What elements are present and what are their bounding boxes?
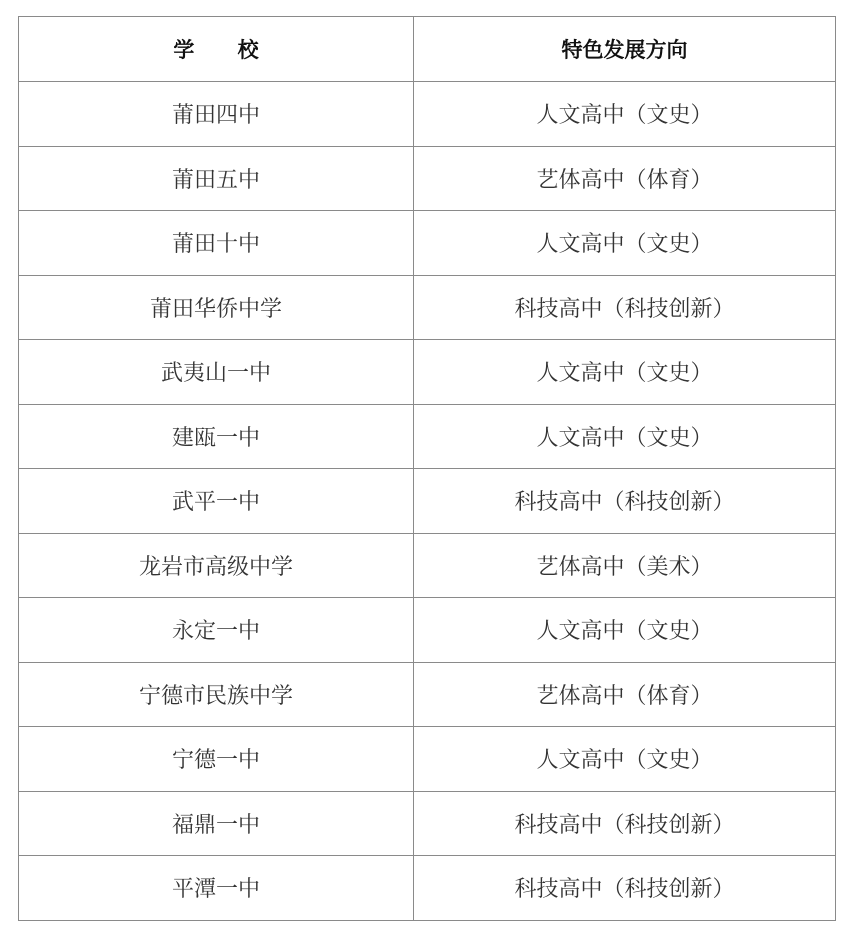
- direction-cell: 科技高中（科技创新）: [414, 275, 836, 340]
- table-row: 莆田五中 艺体高中（体育）: [19, 146, 836, 211]
- direction-cell: 人文高中（文史）: [414, 727, 836, 792]
- header-school: 学 校: [19, 17, 414, 82]
- table-row: 永定一中 人文高中（文史）: [19, 598, 836, 663]
- table-row: 莆田十中 人文高中（文史）: [19, 211, 836, 276]
- header-row: 学 校 特色发展方向: [19, 17, 836, 82]
- school-cell: 永定一中: [19, 598, 414, 663]
- direction-cell: 艺体高中（美术）: [414, 533, 836, 598]
- direction-cell: 艺体高中（体育）: [414, 146, 836, 211]
- table-row: 福鼎一中 科技高中（科技创新）: [19, 791, 836, 856]
- table-row: 宁德一中 人文高中（文史）: [19, 727, 836, 792]
- table-row: 平潭一中 科技高中（科技创新）: [19, 856, 836, 921]
- school-cell: 宁德一中: [19, 727, 414, 792]
- header-direction: 特色发展方向: [414, 17, 836, 82]
- table-row: 宁德市民族中学 艺体高中（体育）: [19, 662, 836, 727]
- direction-cell: 艺体高中（体育）: [414, 662, 836, 727]
- table-row: 龙岩市高级中学 艺体高中（美术）: [19, 533, 836, 598]
- school-cell: 武平一中: [19, 469, 414, 534]
- school-cell: 平潭一中: [19, 856, 414, 921]
- school-cell: 建瓯一中: [19, 404, 414, 469]
- table-row: 莆田四中 人文高中（文史）: [19, 82, 836, 147]
- school-cell: 莆田四中: [19, 82, 414, 147]
- direction-cell: 科技高中（科技创新）: [414, 791, 836, 856]
- school-cell: 莆田华侨中学: [19, 275, 414, 340]
- direction-cell: 人文高中（文史）: [414, 598, 836, 663]
- table-row: 武平一中 科技高中（科技创新）: [19, 469, 836, 534]
- direction-cell: 人文高中（文史）: [414, 211, 836, 276]
- table-row: 建瓯一中 人文高中（文史）: [19, 404, 836, 469]
- school-cell: 宁德市民族中学: [19, 662, 414, 727]
- school-cell: 龙岩市高级中学: [19, 533, 414, 598]
- school-cell: 莆田十中: [19, 211, 414, 276]
- school-cell: 武夷山一中: [19, 340, 414, 405]
- direction-cell: 科技高中（科技创新）: [414, 469, 836, 534]
- table-row: 莆田华侨中学 科技高中（科技创新）: [19, 275, 836, 340]
- school-direction-table: 学 校 特色发展方向 莆田四中 人文高中（文史） 莆田五中 艺体高中（体育） 莆…: [18, 16, 836, 921]
- school-cell: 福鼎一中: [19, 791, 414, 856]
- direction-cell: 人文高中（文史）: [414, 340, 836, 405]
- direction-cell: 科技高中（科技创新）: [414, 856, 836, 921]
- direction-cell: 人文高中（文史）: [414, 404, 836, 469]
- school-cell: 莆田五中: [19, 146, 414, 211]
- table-row: 武夷山一中 人文高中（文史）: [19, 340, 836, 405]
- direction-cell: 人文高中（文史）: [414, 82, 836, 147]
